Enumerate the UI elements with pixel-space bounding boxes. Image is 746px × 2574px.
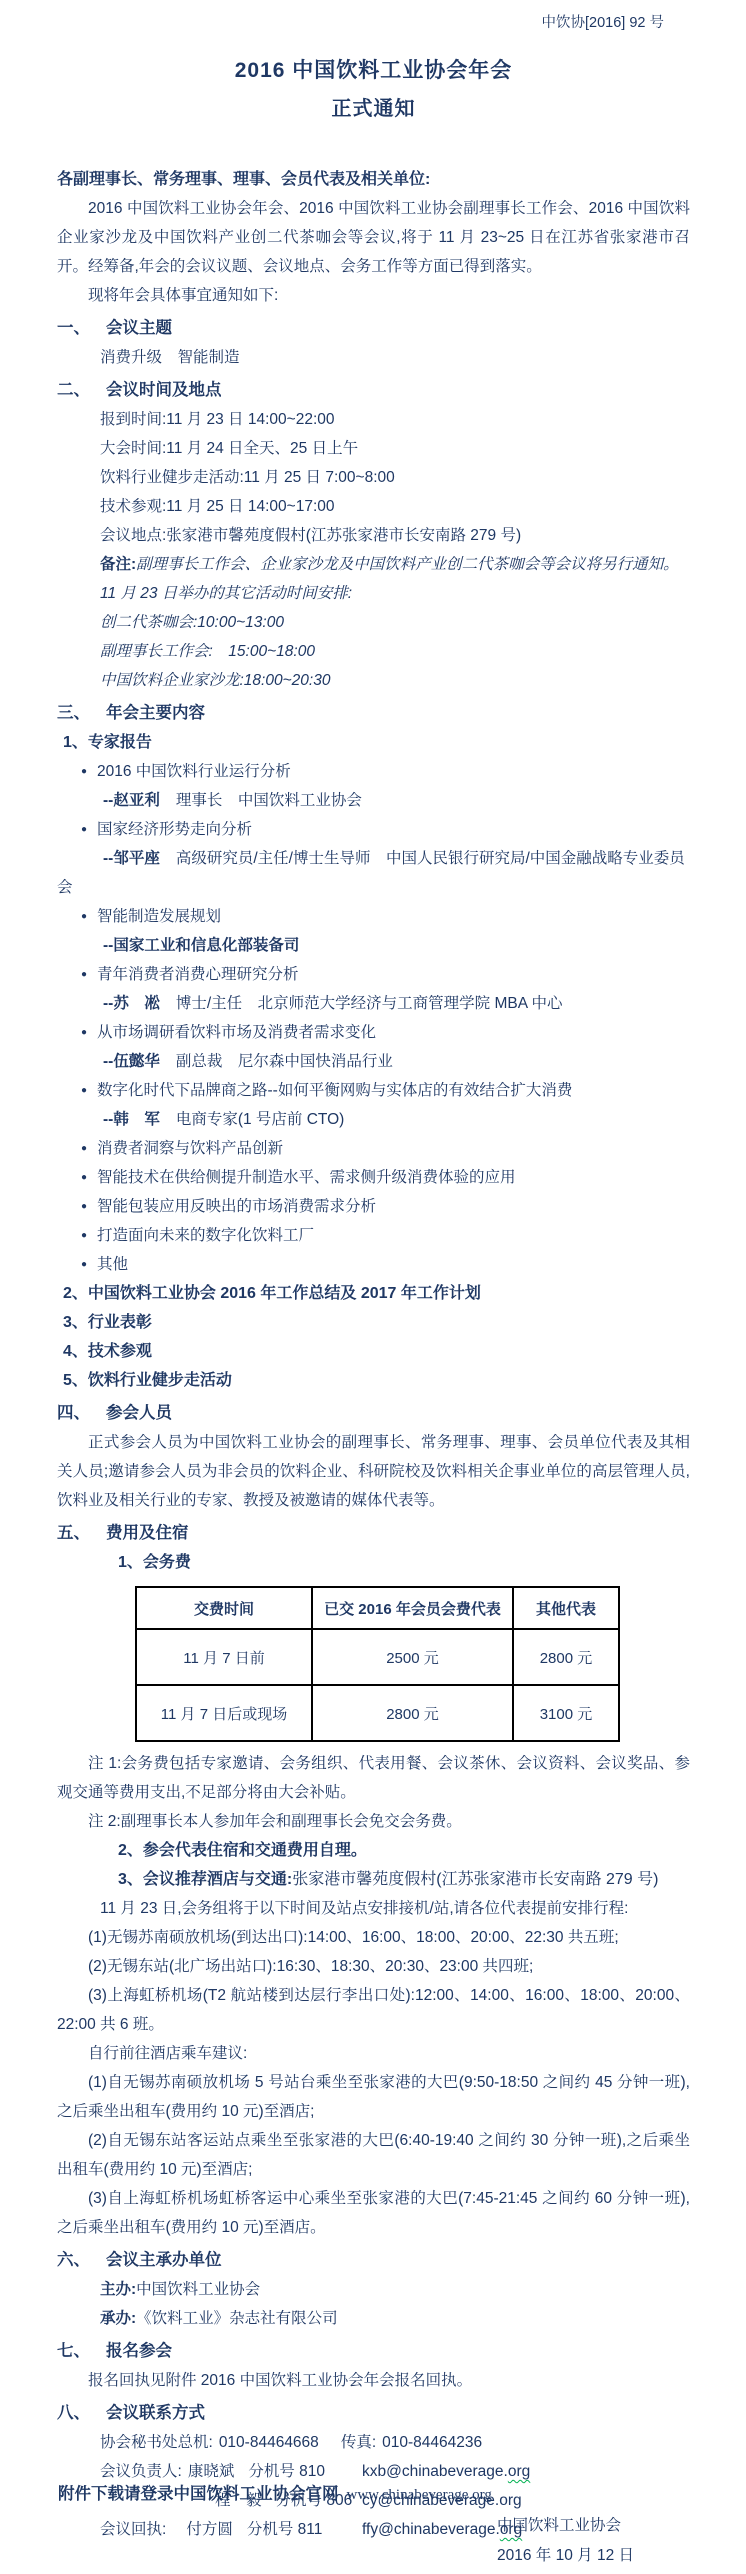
section-3-number: 三、 (57, 704, 90, 722)
doc-subtitle: 正式通知 (57, 94, 690, 124)
speaker-info: 副总裁 尼尔森中国快消品行业 (176, 1053, 393, 1070)
bullet-icon: ● (81, 1163, 87, 1192)
bullet-item: ●消费者洞察与饮料产品创新 (57, 1134, 690, 1163)
meeting-theme: 消费升级 智能制造 (57, 343, 690, 372)
other-activity-line: 创二代茶咖会:10:00~13:00 (57, 608, 690, 637)
self-travel-title: 自行前往酒店乘车建议: (57, 2039, 690, 2068)
speaker-info: 博士/主任 北京师范大学经济与工商管理学院 MBA 中心 (176, 995, 563, 1012)
section-4-number: 四、 (57, 1404, 90, 1422)
hotel-line: 3、会议推荐酒店与交通:张家港市馨苑度假村(江苏张家港市长安南路 279 号) (57, 1865, 690, 1894)
remark-line: 备注:副理事长工作会、企业家沙龙及中国饮料产业创二代茶咖会等会议将另行通知。 (57, 550, 690, 579)
contact-name: 康晓斌 (188, 2463, 235, 2480)
contact-email: kxb@chinabeverage.org (362, 2463, 530, 2480)
attachment-download-note: 附件下载请登录中国饮料工业协会官网www.chinabeverage.org (58, 2482, 492, 2507)
speaker-name: --邹平座 (103, 850, 160, 867)
shuttle-line: (1)无锡苏南硕放机场(到达出口):14:00、16:00、18:00、20:0… (57, 1923, 690, 1952)
subsection-work-summary: 2、中国饮料工业协会 2016 年工作总结及 2017 年工作计划 (57, 1279, 690, 1308)
speaker-line: --邹平座高级研究员/主任/博士生导师 中国人民银行研究局/中国金融战略专业委员… (57, 844, 690, 902)
self-travel-line: (3)自上海虹桥机场虹桥客运中心乘坐至张家港的大巴(7:45-21:45 之间约… (57, 2184, 690, 2242)
bullet-icon: ● (81, 960, 87, 989)
hotel-label: 3、会议推荐酒店与交通: (118, 1871, 292, 1888)
fee-table-cell: 2800 元 (513, 1629, 619, 1685)
section-6-heading: 六、会议主承办单位 (57, 2245, 690, 2275)
report-topic: 智能技术在供给侧提升制造水平、需求侧升级消费体验的应用 (97, 1169, 516, 1186)
other-activity-line: 副理事长工作会: 15:00~18:00 (57, 637, 690, 666)
contact-label: 会议回执: (100, 2521, 166, 2538)
organizer-value: 《饮料工业》杂志社有限公司 (136, 2310, 338, 2327)
fee-note-1: 注 1:会务费包括专家邀请、会务组织、代表用餐、会议茶休、会议资料、会议奖品、参… (57, 1749, 690, 1807)
fee-table-header-cell: 交费时间 (136, 1587, 312, 1629)
schedule-line: 大会时间:11 月 24 日全天、25 日上午 (57, 434, 690, 463)
section-1-heading: 一、会议主题 (57, 313, 690, 343)
intro-paragraph: 2016 中国饮料工业协会年会、2016 中国饮料工业协会副理事长工作会、201… (57, 194, 690, 281)
self-pay-subheading: 2、参会代表住宿和交通费用自理。 (57, 1836, 690, 1865)
speaker-name: --苏 凇 (103, 995, 160, 1012)
report-topic: 从市场调研看饮料市场及消费者需求变化 (97, 1024, 376, 1041)
report-topic: 智能制造发展规划 (97, 908, 221, 925)
shuttle-line: (2)无锡东站(北广场出站口):16:30、18:30、20:30、23:00 … (57, 1952, 690, 1981)
organizer-label: 承办: (100, 2310, 136, 2327)
fee-table-header-cell: 已交 2016 年会员会费代表 (312, 1587, 513, 1629)
report-topic: 消费者洞察与饮料产品创新 (97, 1140, 283, 1157)
section-8-heading: 八、会议联系方式 (57, 2398, 690, 2428)
bullet-icon: ● (81, 1221, 87, 1250)
section-4-title: 参会人员 (106, 1404, 172, 1422)
subsection-expert-reports: 1、专家报告 (57, 728, 690, 757)
contact-name: 付方圆 (186, 2521, 233, 2538)
association-website: www.chinabeverage.org (347, 2487, 492, 2503)
attachment-note-text: 附件下载请登录中国饮料工业协会官网 (58, 2485, 339, 2503)
section-2-title: 会议时间及地点 (106, 381, 222, 399)
fee-table-cell: 3100 元 (513, 1685, 619, 1741)
bullet-item: ●智能包装应用反映出的市场消费需求分析 (57, 1192, 690, 1221)
organizer-line: 承办:《饮料工业》杂志社有限公司 (57, 2304, 690, 2333)
schedule-line: 报到时间:11 月 23 日 14:00~22:00 (57, 405, 690, 434)
contact-left: 会议回执:付方圆分机号 811 (100, 2515, 362, 2544)
remark-label: 备注: (100, 556, 136, 573)
section-7-title: 报名参会 (106, 2342, 172, 2360)
fee-table-row: 11 月 7 日后或现场 2800 元 3100 元 (136, 1685, 619, 1741)
bullet-item: ●其他 (57, 1250, 690, 1279)
report-topic: 数字化时代下品牌商之路--如何平衡网购与实体店的有效结合扩大消费 (97, 1082, 572, 1099)
host-label: 主办: (100, 2281, 136, 2298)
bullet-icon: ● (81, 1076, 87, 1105)
signature-date: 2016 年 10 月 12 日 (497, 2544, 634, 2568)
report-topic: 2016 中国饮料行业运行分析 (97, 763, 291, 780)
other-activities-title: 11 月 23 日举办的其它活动时间安排: (57, 579, 690, 608)
section-1-title: 会议主题 (106, 319, 172, 337)
schedule-line: 饮料行业健步走活动:11 月 25 日 7:00~8:00 (57, 463, 690, 492)
subsection-technical-visit: 4、技术参观 (57, 1337, 690, 1366)
bullet-icon: ● (81, 815, 87, 844)
speaker-name: --国家工业和信息化部装备司 (103, 937, 299, 954)
switchboard-number: 010-84464668 (219, 2434, 319, 2451)
shuttle-intro: 11 月 23 日,会务组将于以下时间及站点安排接机/站,请各位代表提前安排行程… (57, 1894, 690, 1923)
switchboard-line: 协会秘书处总机:010-84464668传真:010-84464236 (57, 2428, 690, 2457)
speaker-name: --赵亚利 (103, 792, 160, 809)
speaker-line: --伍懿华副总裁 尼尔森中国快消品行业 (57, 1047, 690, 1076)
report-topic: 国家经济形势走向分析 (97, 821, 252, 838)
section-7-heading: 七、报名参会 (57, 2336, 690, 2366)
bullet-icon: ● (81, 1018, 87, 1047)
speaker-info: 电商专家(1 号店前 CTO) (176, 1111, 345, 1128)
email-base: kxb@chinabeverage. (362, 2463, 508, 2480)
doc-title: 2016 中国饮料工业协会年会 (57, 56, 690, 86)
section-2-heading: 二、会议时间及地点 (57, 375, 690, 405)
section-1-number: 一、 (57, 319, 90, 337)
section-8-title: 会议联系方式 (106, 2404, 205, 2422)
bullet-item: ●打造面向未来的数字化饮料工厂 (57, 1221, 690, 1250)
intro-lead-line: 现将年会具体事宜通知如下: (57, 281, 690, 310)
fee-table-cell: 2800 元 (312, 1685, 513, 1741)
self-travel-line: (2)自无锡东站客运站点乘坐至张家港的大巴(6:40-19:40 之间约 30 … (57, 2126, 690, 2184)
report-topic: 智能包装应用反映出的市场消费需求分析 (97, 1198, 376, 1215)
bullet-item: ●智能技术在供给侧提升制造水平、需求侧升级消费体验的应用 (57, 1163, 690, 1192)
signature-organization: 中国饮料工业协会 (497, 2514, 621, 2538)
speaker-line: --苏 凇博士/主任 北京师范大学经济与工商管理学院 MBA 中心 (57, 989, 690, 1018)
fee-table: 交费时间 已交 2016 年会员会费代表 其他代表 11 月 7 日前 2500… (135, 1586, 620, 1742)
report-topic: 其他 (97, 1256, 128, 1273)
bullet-icon: ● (81, 1134, 87, 1163)
host-value: 中国饮料工业协会 (136, 2281, 260, 2298)
doc-number: 中饮协[2016] 92 号 (57, 12, 690, 34)
speaker-line: --国家工业和信息化部装备司 (57, 931, 690, 960)
bullet-item: ●青年消费者消费心理研究分析 (57, 960, 690, 989)
speaker-name: --韩 军 (103, 1111, 160, 1128)
bullet-item: ●国家经济形势走向分析 (57, 815, 690, 844)
fee-subheading: 1、会务费 (57, 1548, 690, 1577)
fee-table-cell: 2500 元 (312, 1629, 513, 1685)
bullet-icon: ● (81, 757, 87, 786)
fax-number: 010-84464236 (382, 2434, 482, 2451)
fee-table-row: 11 月 7 日前 2500 元 2800 元 (136, 1629, 619, 1685)
schedule-line: 会议地点:张家港市馨苑度假村(江苏张家港市长安南路 279 号) (57, 521, 690, 550)
bullet-icon: ● (81, 1250, 87, 1279)
contact-extension: 分机号 810 (248, 2463, 325, 2480)
section-7-number: 七、 (57, 2342, 90, 2360)
bullet-item: ●从市场调研看饮料市场及消费者需求变化 (57, 1018, 690, 1047)
section-3-heading: 三、年会主要内容 (57, 698, 690, 728)
section-4-heading: 四、参会人员 (57, 1398, 690, 1428)
other-activity-line: 中国饮料企业家沙龙:18:00~20:30 (57, 666, 690, 695)
shuttle-line: (3)上海虹桥机场(T2 航站楼到达层行李出口处):12:00、14:00、16… (57, 1981, 690, 2039)
section-5-title: 费用及住宿 (106, 1524, 189, 1542)
fee-table-cell: 11 月 7 日前 (136, 1629, 312, 1685)
official-notice-document: 中饮协[2016] 92 号 2016 中国饮料工业协会年会 正式通知 各副理事… (0, 0, 746, 2574)
fee-table-header-row: 交费时间 已交 2016 年会员会费代表 其他代表 (136, 1587, 619, 1629)
section-8-number: 八、 (57, 2404, 90, 2422)
section-5-heading: 五、费用及住宿 (57, 1518, 690, 1548)
salutation: 各副理事长、常务理事、理事、会员代表及相关单位: (57, 166, 690, 194)
schedule-line: 技术参观:11 月 25 日 14:00~17:00 (57, 492, 690, 521)
contact-extension: 分机号 811 (247, 2521, 323, 2538)
speaker-info: 理事长 中国饮料工业协会 (176, 792, 362, 809)
section-6-number: 六、 (57, 2251, 90, 2269)
report-topic: 青年消费者消费心理研究分析 (97, 966, 299, 983)
bullet-item: ●2016 中国饮料行业运行分析 (57, 757, 690, 786)
speaker-name: --伍懿华 (103, 1053, 160, 1070)
report-topic: 打造面向未来的数字化饮料工厂 (97, 1227, 314, 1244)
host-line: 主办:中国饮料工业协会 (57, 2275, 690, 2304)
section-5-number: 五、 (57, 1524, 90, 1542)
remark-text: 副理事长工作会、企业家沙龙及中国饮料产业创二代茶咖会等会议将另行通知。 (136, 556, 679, 573)
section-3-title: 年会主要内容 (106, 704, 205, 722)
hotel-value: 张家港市馨苑度假村(江苏张家港市长安南路 279 号) (292, 1871, 658, 1888)
switchboard-label: 协会秘书处总机: (100, 2434, 213, 2451)
bullet-item: ●智能制造发展规划 (57, 902, 690, 931)
fee-table-header-cell: 其他代表 (513, 1587, 619, 1629)
fee-table-cell: 11 月 7 日后或现场 (136, 1685, 312, 1741)
email-base: ffy@chinabeverage. (362, 2521, 500, 2538)
registration-line: 报名回执见附件 2016 中国饮料工业协会年会报名回执。 (57, 2366, 690, 2395)
participants-paragraph: 正式参会人员为中国饮料工业协会的副理事长、常务理事、理事、会员单位代表及其相关人… (57, 1428, 690, 1515)
fee-note-2: 注 2:副理事长本人参加年会和副理事长会免交会务费。 (57, 1807, 690, 1836)
self-travel-line: (1)自无锡苏南硕放机场 5 号站台乘坐至张家港的大巴(9:50-18:50 之… (57, 2068, 690, 2126)
email-tld: org (508, 2463, 530, 2480)
speaker-line: --赵亚利理事长 中国饮料工业协会 (57, 786, 690, 815)
subsection-industry-awards: 3、行业表彰 (57, 1308, 690, 1337)
bullet-item: ●数字化时代下品牌商之路--如何平衡网购与实体店的有效结合扩大消费 (57, 1076, 690, 1105)
bullet-icon: ● (81, 1192, 87, 1221)
speaker-line: --韩 军电商专家(1 号店前 CTO) (57, 1105, 690, 1134)
section-6-title: 会议主承办单位 (106, 2251, 222, 2269)
contact-label: 会议负责人: (100, 2463, 182, 2480)
section-2-number: 二、 (57, 381, 90, 399)
bullet-icon: ● (81, 902, 87, 931)
fax-label: 传真: (341, 2434, 376, 2451)
subsection-walking-activity: 5、饮料行业健步走活动 (57, 1366, 690, 1395)
